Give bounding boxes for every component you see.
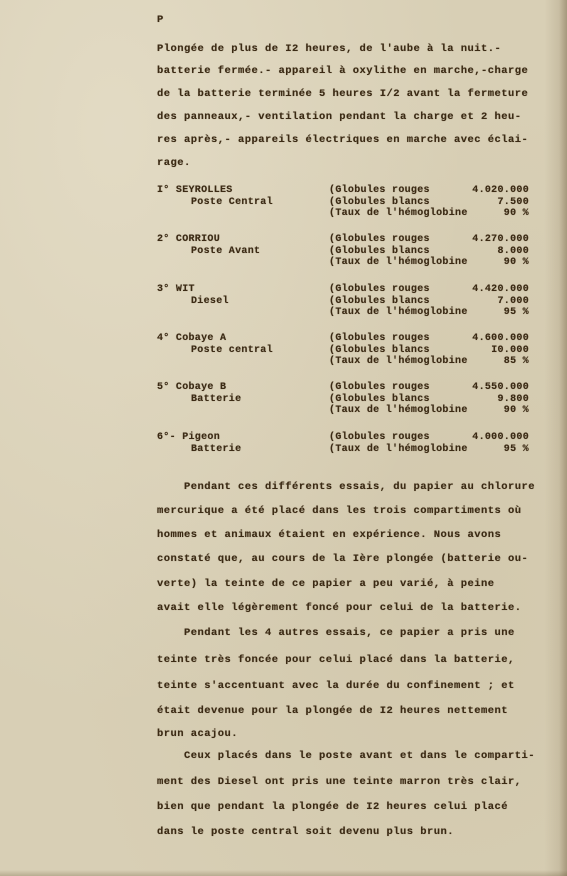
subject-location: Poste Avant [191,246,260,258]
result-row: (Globules blancs9.800 [329,394,529,406]
paragraph-line: mercurique a été placé dans les trois co… [157,505,522,517]
results-list: (Globules rouges4.550.000 (Globules blan… [329,382,529,417]
paragraph-line: dans le poste central soit devenu plus b… [157,826,454,838]
results-list: (Globules rouges4.000.000 (Taux de l'hém… [329,432,529,455]
paragraph-line: teinte s'accentuant avec la durée du con… [157,680,515,692]
result-row: (Globules rouges4.000.000 [329,432,529,444]
result-value: 85 % [504,356,529,368]
intro-line: batterie fermée.- appareil à oxylithe en… [157,65,528,77]
subject-name: 2° CORRIOU [157,234,220,246]
result-value: 4.270.000 [472,234,529,246]
paragraph-line: Pendant les 4 autres essais, ce papier a… [157,627,515,639]
paragraph-line: Ceux placés dans le poste avant et dans … [157,750,535,762]
results-list: (Globules rouges4.020.000 (Globules blan… [329,185,529,220]
result-row: (Globules blancs7.000 [329,296,529,308]
intro-line: de la batterie terminée 5 heures I/2 ava… [157,88,528,100]
result-label: Globules blancs [335,345,430,356]
result-row: (Taux de l'hémoglobine90 % [329,208,529,220]
result-value: 95 % [504,444,529,456]
intro-line: res après,- appareils électriques en mar… [157,134,528,146]
subject-location: Batterie [191,444,241,456]
page-header-letter: P [157,14,164,26]
page-bottom-shadow [0,870,567,876]
result-row: (Taux de l'hémoglobine95 % [329,444,529,456]
result-row: (Globules rouges4.020.000 [329,185,529,197]
paragraph-line: était devenue pour la plongée de I2 heur… [157,705,508,717]
paragraph-line: bien que pendant la plongée de I2 heures… [157,801,508,813]
result-label: Globules rouges [335,234,430,245]
paragraph-line: ment des Diesel ont pris une teinte marr… [157,776,522,788]
result-label: Globules rouges [335,333,430,344]
result-label: Taux de l'hémoglobine [335,208,467,219]
result-row: (Globules rouges4.550.000 [329,382,529,394]
result-label: Globules blancs [335,246,430,257]
result-row: (Globules blancs7.500 [329,197,529,209]
intro-line: Plongée de plus de I2 heures, de l'aube … [157,43,501,55]
result-value: 4.420.000 [472,284,529,296]
subject-name: 6°- Pigeon [157,432,220,444]
result-label: Taux de l'hémoglobine [335,444,467,455]
result-value: 4.600.000 [472,333,529,345]
result-row: (Globules rouges4.600.000 [329,333,529,345]
subject-location: Diesel [191,296,229,308]
results-list: (Globules rouges4.600.000 (Globules blan… [329,333,529,368]
result-value: 95 % [504,307,529,319]
result-row: (Globules blancsI0.000 [329,345,529,357]
paragraph-line: hommes et animaux étaient en expérience.… [157,529,501,541]
result-label: Globules rouges [335,432,430,443]
result-label: Globules rouges [335,185,430,196]
results-list: (Globules rouges4.270.000 (Globules blan… [329,234,529,269]
subject-name: 3° WIT [157,284,195,296]
result-label: Globules rouges [335,284,430,295]
result-row: (Globules blancs8.000 [329,246,529,258]
result-value: 90 % [504,257,529,269]
paragraph-line: teinte très foncée pour celui placé dans… [157,654,515,666]
result-label: Globules blancs [335,197,430,208]
subject-location: Batterie [191,394,241,406]
paragraph-line: constaté que, au cours de la Ière plongé… [157,553,528,565]
result-value: 7.000 [497,296,529,308]
result-label: Taux de l'hémoglobine [335,307,467,318]
paragraph-line: Pendant ces différents essais, du papier… [157,481,535,493]
result-label: Taux de l'hémoglobine [335,356,467,367]
subject-name: 4° Cobaye A [157,333,226,345]
result-value: 4.020.000 [472,185,529,197]
result-value: 9.800 [497,394,529,406]
result-row: (Taux de l'hémoglobine90 % [329,257,529,269]
result-value: 90 % [504,405,529,417]
result-label: Taux de l'hémoglobine [335,257,467,268]
result-value: 90 % [504,208,529,220]
result-value: I0.000 [491,345,529,357]
result-row: (Taux de l'hémoglobine90 % [329,405,529,417]
result-row: (Globules rouges4.420.000 [329,284,529,296]
result-value: 4.550.000 [472,382,529,394]
intro-line: des panneaux,- ventilation pendant la ch… [157,111,522,123]
intro-line: rage. [157,157,191,169]
result-label: Globules rouges [335,382,430,393]
subject-location: Poste central [191,345,273,357]
result-row: (Taux de l'hémoglobine85 % [329,356,529,368]
result-label: Taux de l'hémoglobine [335,405,467,416]
result-row: (Globules rouges4.270.000 [329,234,529,246]
subject-name: I° SEYROLLES [157,185,233,197]
paragraph-line: avait elle légèrement foncé pour celui d… [157,602,522,614]
result-row: (Taux de l'hémoglobine95 % [329,307,529,319]
result-value: 7.500 [497,197,529,209]
subject-name: 5° Cobaye B [157,382,226,394]
page-edge-shadow [559,0,567,876]
result-value: 4.000.000 [472,432,529,444]
results-list: (Globules rouges4.420.000 (Globules blan… [329,284,529,319]
subject-location: Poste Central [191,197,273,209]
paragraph-line: verte) la teinte de ce papier a peu vari… [157,578,495,590]
paragraph-line: brun acajou. [157,728,238,740]
result-value: 8.000 [497,246,529,258]
result-label: Globules blancs [335,394,430,405]
result-label: Globules blancs [335,296,430,307]
document-page: P Plongée de plus de I2 heures, de l'aub… [0,0,567,876]
